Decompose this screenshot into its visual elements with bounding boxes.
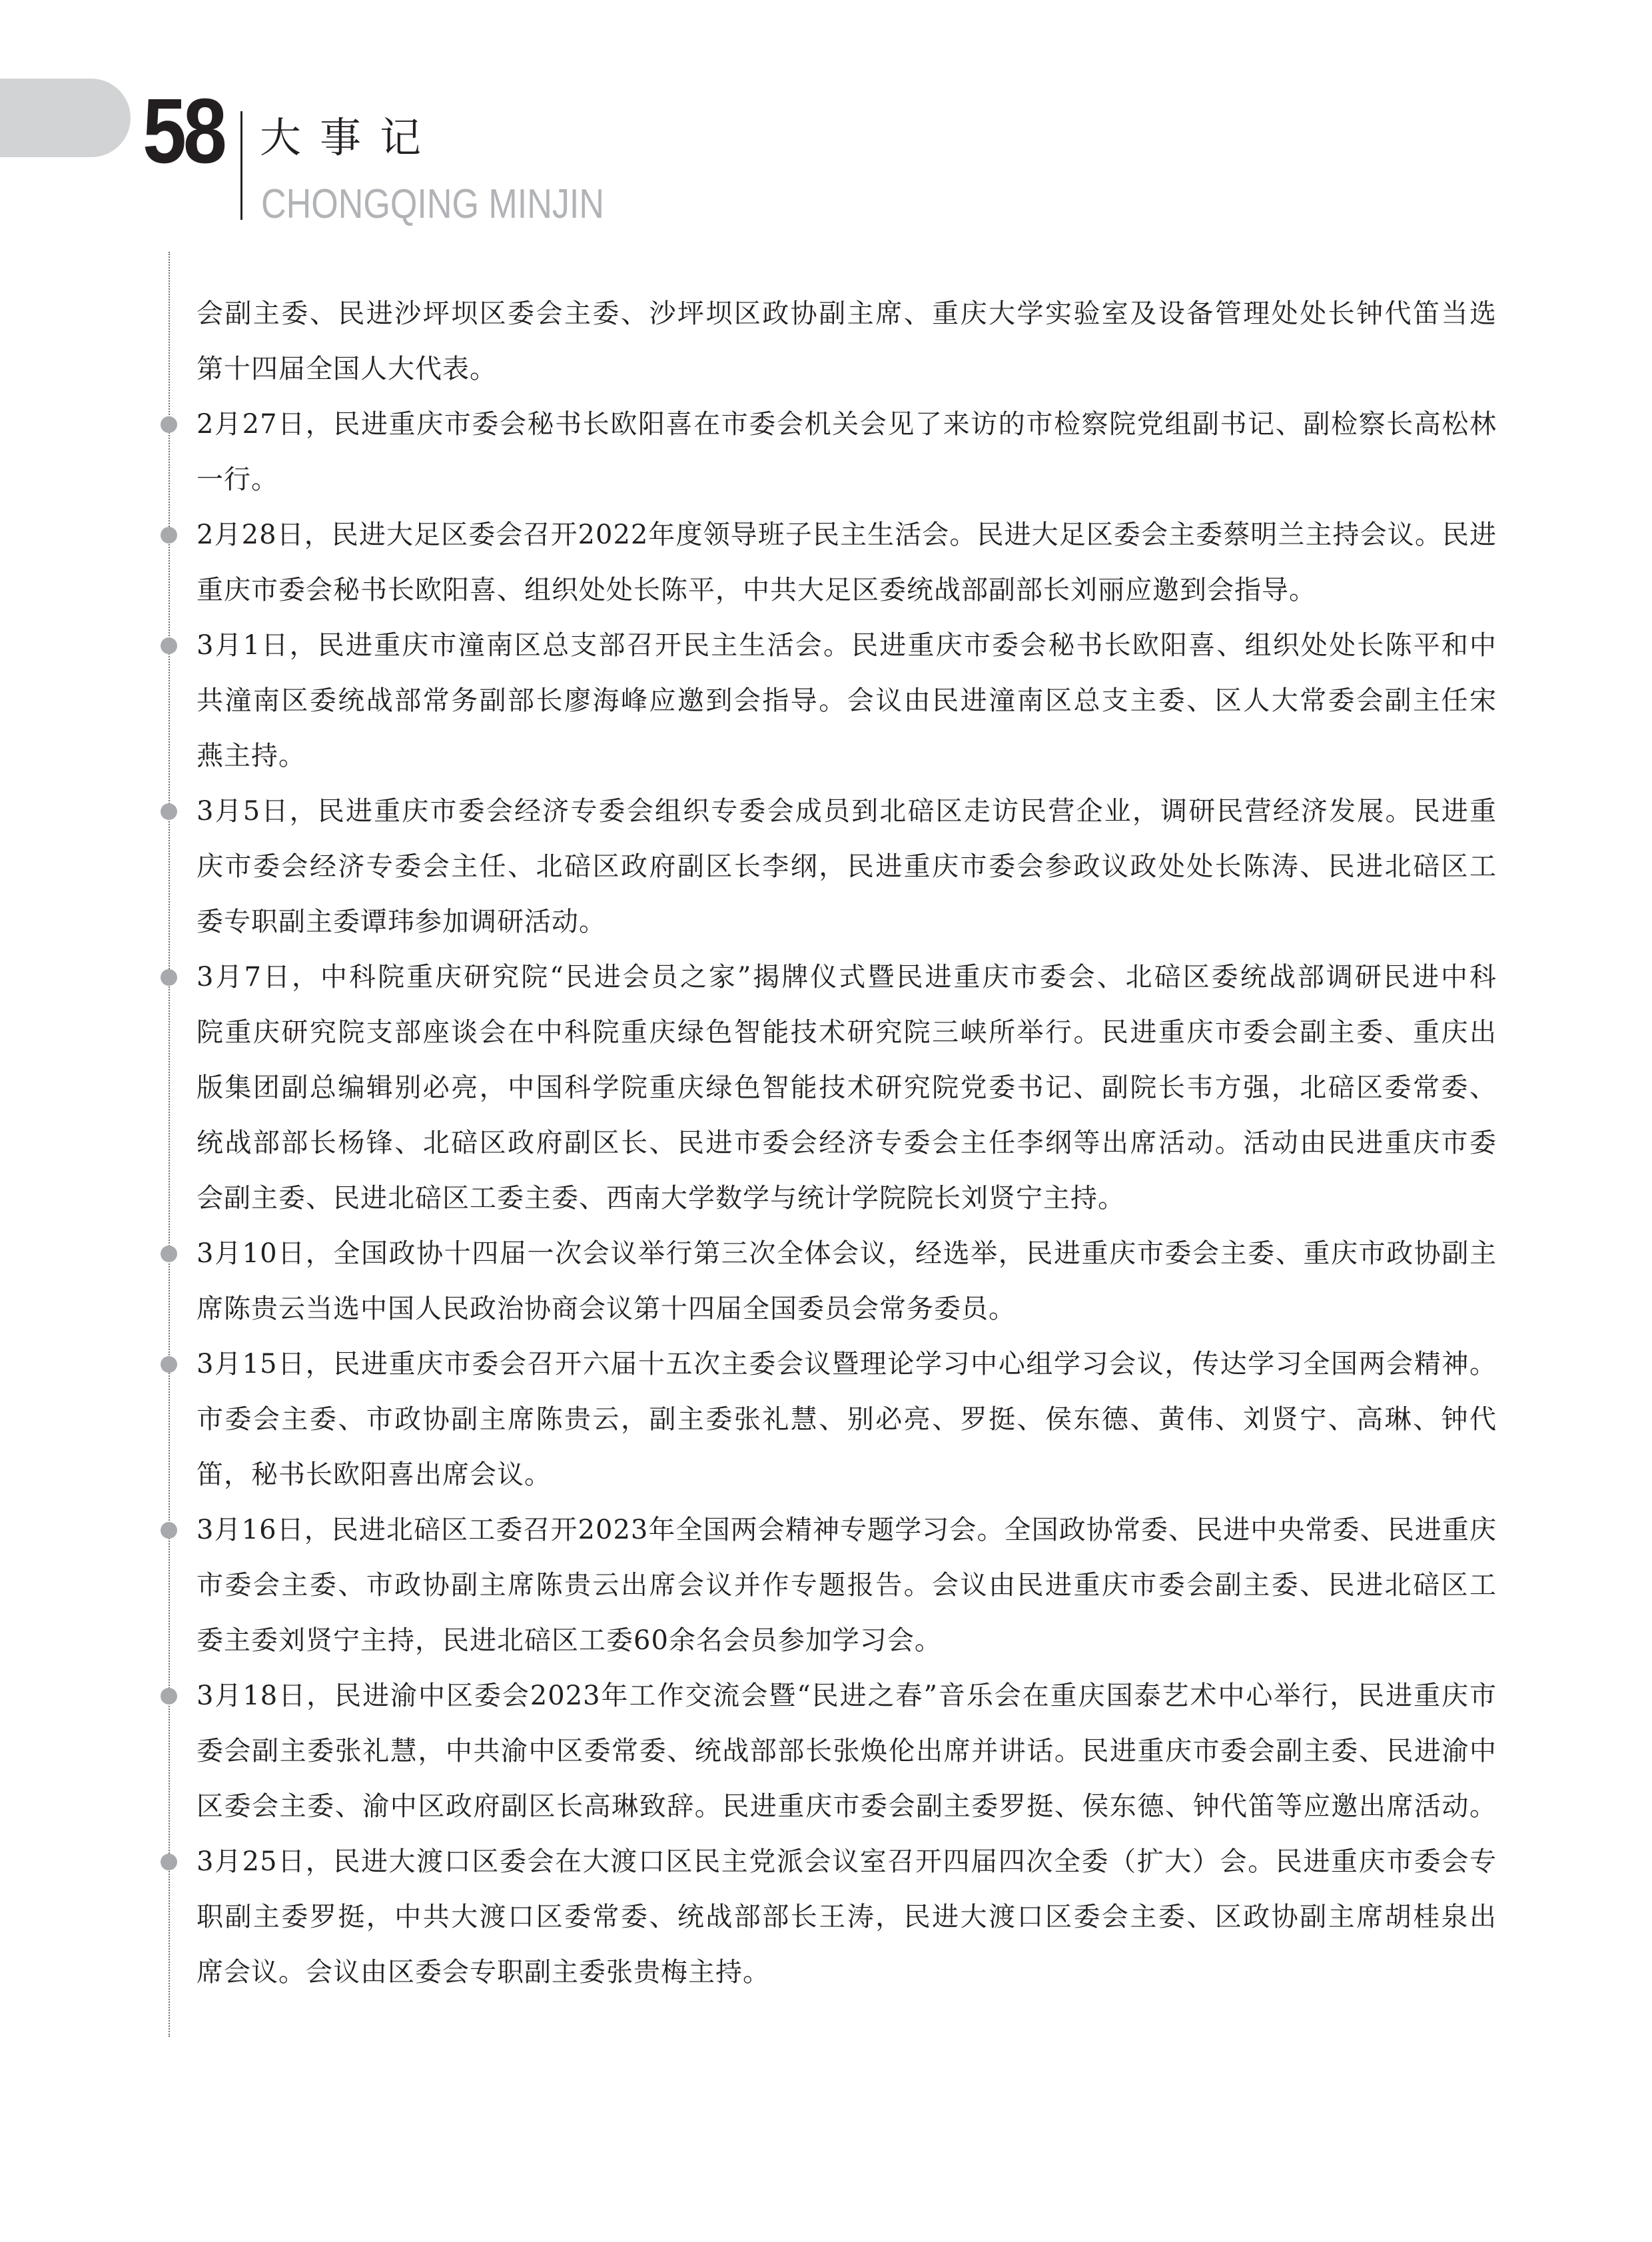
timeline-entry-0325: 3月25日，民进大渡口区委会在大渡口区民主党派会议室召开四届四次全委（扩大）会。… [197,1834,1497,2000]
text-line: 3月7日，中科院重庆研究院“民进会员之家”揭牌仪式暨民进重庆市委会、北碚区委统战… [197,950,1497,1005]
timeline-continuation: 会副主委、民进沙坪坝区委会主委、沙坪坝区政协副主席、重庆大学实验室及设备管理处处… [197,286,1497,397]
text-line: 委专职副主委谭玮参加调研活动。 [197,895,1497,950]
timeline-entry-0305: 3月5日，民进重庆市委会经济专委会组织专委会成员到北碚区走访民营企业，调研民营经… [197,784,1497,950]
bullet-dot-icon [161,1522,177,1539]
timeline-entry-0307: 3月7日，中科院重庆研究院“民进会员之家”揭牌仪式暨民进重庆市委会、北碚区委统战… [197,950,1497,1226]
text-line: 市委会主委、市政协副主席陈贵云出席会议并作专题报告。会议由民进重庆市委会副主委、… [197,1558,1497,1613]
text-line: 3月15日，民进重庆市委会召开六届十五次主委会议暨理论学习中心组学习会议，传达学… [197,1337,1497,1392]
bullet-dot-icon [161,803,177,820]
text-line: 委主委刘贤宁主持，民进北碚区工委60余名会员参加学习会。 [197,1613,1497,1669]
timeline-entry-0227: 2月27日，民进重庆市委会秘书长欧阳喜在市委会机关会见了来访的市检察院党组副书记… [197,397,1497,508]
header-tab [0,79,131,157]
bullet-dot-icon [161,637,177,654]
timeline-entry-0310: 3月10日，全国政协十四届一次会议举行第三次全体会议，经选举，民进重庆市委会主委… [197,1226,1497,1337]
text-line: 版集团副总编辑别必亮，中国科学院重庆绿色智能技术研究院党委书记、副院长韦方强，北… [197,1060,1497,1116]
bullet-dot-icon [161,527,177,544]
text-line: 3月5日，民进重庆市委会经济专委会组织专委会成员到北碚区走访民营企业，调研民营经… [197,784,1497,839]
page-number: 58 [143,85,224,177]
text-line: 委会副主委张礼慧，中共渝中区委常委、统战部部长张焕伦出席并讲话。民进重庆市委会副… [197,1724,1497,1779]
text-line: 一行。 [197,452,1497,508]
text-line: 重庆市委会秘书长欧阳喜、组织处处长陈平，中共大足区委统战部副部长刘丽应邀到会指导… [197,563,1497,618]
text-line: 2月27日，民进重庆市委会秘书长欧阳喜在市委会机关会见了来访的市检察院党组副书记… [197,397,1497,452]
bullet-dot-icon [161,1246,177,1262]
text-line: 会副主委、民进沙坪坝区委会主委、沙坪坝区政协副主席、重庆大学实验室及设备管理处处… [197,286,1497,342]
timeline-dotted-line [169,252,170,2037]
text-line: 席陈贵云当选中国人民政治协商会议第十四届全国委员会常务委员。 [197,1282,1497,1337]
timeline-entry-0228: 2月28日，民进大足区委会召开2022年度领导班子民主生活会。民进大足区委会主委… [197,508,1497,618]
bullet-dot-icon [161,1688,177,1704]
text-line: 2月28日，民进大足区委会召开2022年度领导班子民主生活会。民进大足区委会主委… [197,508,1497,563]
text-line: 3月25日，民进大渡口区委会在大渡口区民主党派会议室召开四届四次全委（扩大）会。… [197,1834,1497,1890]
text-line: 第十四届全国人大代表。 [197,342,1497,397]
text-line: 席会议。会议由区委会专职副主委张贵梅主持。 [197,1945,1497,2000]
timeline-entry-0318: 3月18日，民进渝中区委会2023年工作交流会暨“民进之春”音乐会在重庆国泰艺术… [197,1669,1497,1834]
text-line: 共潼南区委统战部常务副部长廖海峰应邀到会指导。会议由民进潼南区总支主委、区人大常… [197,673,1497,729]
bullet-dot-icon [161,969,177,986]
timeline-content: 会副主委、民进沙坪坝区委会主委、沙坪坝区政协副主席、重庆大学实验室及设备管理处处… [197,286,1497,2000]
text-line: 3月10日，全国政协十四届一次会议举行第三次全体会议，经选举，民进重庆市委会主委… [197,1226,1497,1282]
text-line: 会副主委、民进北碚区工委主委、西南大学数学与统计学院院长刘贤宁主持。 [197,1171,1497,1226]
bullet-dot-icon [161,1356,177,1373]
header-divider [240,111,242,220]
text-line: 统战部部长杨锋、北碚区政府副区长、民进市委会经济专委会主任李纲等出席活动。活动由… [197,1116,1497,1171]
text-line: 3月16日，民进北碚区工委召开2023年全国两会精神专题学习会。全国政协常委、民… [197,1503,1497,1558]
section-title: 大事记 [260,117,440,159]
text-line: 3月1日，民进重庆市潼南区总支部召开民主生活会。民进重庆市委会秘书长欧阳喜、组织… [197,618,1497,673]
text-line: 区委会主委、渝中区政府副区长高琳致辞。民进重庆市委会副主委罗挺、侯东德、钟代笛等… [197,1779,1497,1834]
timeline-entry-0301: 3月1日，民进重庆市潼南区总支部召开民主生活会。民进重庆市委会秘书长欧阳喜、组织… [197,618,1497,784]
text-line: 3月18日，民进渝中区委会2023年工作交流会暨“民进之春”音乐会在重庆国泰艺术… [197,1669,1497,1724]
text-line: 职副主委罗挺，中共大渡口区委常委、统战部部长王涛，民进大渡口区委会主委、区政协副… [197,1890,1497,1945]
bullet-dot-icon [161,1854,177,1870]
bullet-dot-icon [161,416,177,433]
text-line: 笛，秘书长欧阳喜出席会议。 [197,1447,1497,1503]
timeline-entry-0315: 3月15日，民进重庆市委会召开六届十五次主委会议暨理论学习中心组学习会议，传达学… [197,1337,1497,1503]
timeline-entry-0316: 3月16日，民进北碚区工委召开2023年全国两会精神专题学习会。全国政协常委、民… [197,1503,1497,1669]
text-line: 院重庆研究院支部座谈会在中科院重庆绿色智能技术研究院三峡所举行。民进重庆市委会副… [197,1005,1497,1060]
text-line: 市委会主委、市政协副主席陈贵云，副主委张礼慧、别必亮、罗挺、侯东德、黄伟、刘贤宁… [197,1392,1497,1447]
section-subtitle: CHONGQING MINJIN [261,184,604,225]
text-line: 燕主持。 [197,729,1497,784]
text-line: 庆市委会经济专委会主任、北碚区政府副区长李纲，民进重庆市委会参政议政处处长陈涛、… [197,839,1497,895]
